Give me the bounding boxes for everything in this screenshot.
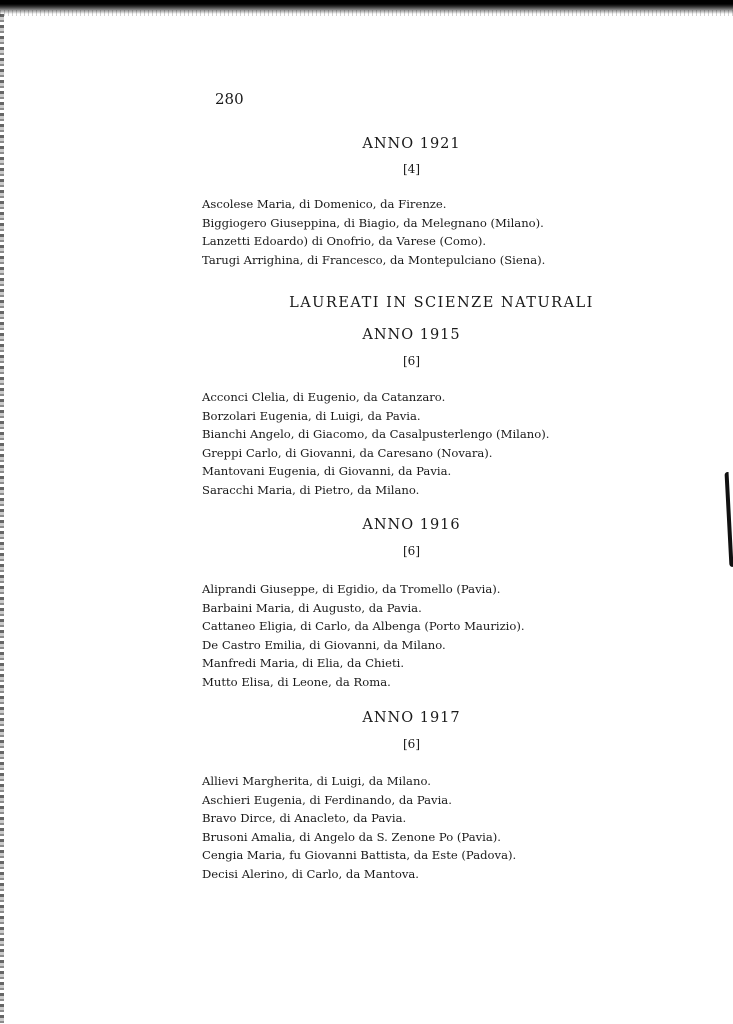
entry-list-1921: Ascolese Maria, di Domenico, da Firenze.… [202,195,545,269]
page-number: 280 [215,90,244,108]
list-item: Greppi Carlo, di Giovanni, da Caresano (… [202,444,549,463]
list-item: Saracchi Maria, di Pietro, da Milano. [202,481,549,500]
list-item: Cengia Maria, fu Giovanni Battista, da E… [202,846,516,865]
count-1917: [6] [0,737,733,751]
list-item: Barbaini Maria, di Augusto, da Pavia. [202,599,525,618]
list-item: Brusoni Amalia, di Angelo da S. Zenone P… [202,828,516,847]
list-item: De Castro Emilia, di Giovanni, da Milano… [202,636,525,655]
list-item: Cattaneo Eligia, di Carlo, da Albenga (P… [202,617,525,636]
list-item: Aschieri Eugenia, di Ferdinando, da Pavi… [202,791,516,810]
year-heading-1916: ANNO 1916 [0,517,733,533]
list-item: Ascolese Maria, di Domenico, da Firenze. [202,195,545,214]
year-heading-1921: ANNO 1921 [0,136,733,152]
section-title: LAUREATI IN SCIENZE NATURALI [0,295,733,311]
list-item: Biggiogero Giuseppina, di Biagio, da Mel… [202,214,545,233]
count-1921: [4] [0,162,733,176]
list-item: Borzolari Eugenia, di Luigi, da Pavia. [202,407,549,426]
scan-edge-top [0,0,733,14]
list-item: Mutto Elisa, di Leone, da Roma. [202,673,525,692]
count-1915: [6] [0,354,733,368]
year-heading-1917: ANNO 1917 [0,710,733,726]
list-item: Lanzetti Edoardo) di Onofrio, da Varese … [202,232,545,251]
entry-list-1915: Acconci Clelia, di Eugenio, da Catanzaro… [202,388,549,499]
list-item: Tarugi Arrighina, di Francesco, da Monte… [202,251,545,270]
count-1916: [6] [0,544,733,558]
list-item: Decisi Alerino, di Carlo, da Mantova. [202,865,516,884]
list-item: Aliprandi Giuseppe, di Egidio, da Tromel… [202,580,525,599]
list-item: Bianchi Angelo, di Giacomo, da Casalpust… [202,425,549,444]
list-item: Manfredi Maria, di Elia, da Chieti. [202,654,525,673]
list-item: Bravo Dirce, di Anacleto, da Pavia. [202,809,516,828]
entry-list-1917: Allievi Margherita, di Luigi, da Milano.… [202,772,516,883]
list-item: Allievi Margherita, di Luigi, da Milano. [202,772,516,791]
entry-list-1916: Aliprandi Giuseppe, di Egidio, da Tromel… [202,580,525,691]
list-item: Acconci Clelia, di Eugenio, da Catanzaro… [202,388,549,407]
year-heading-1915: ANNO 1915 [0,327,733,343]
list-item: Mantovani Eugenia, di Giovanni, da Pavia… [202,462,549,481]
